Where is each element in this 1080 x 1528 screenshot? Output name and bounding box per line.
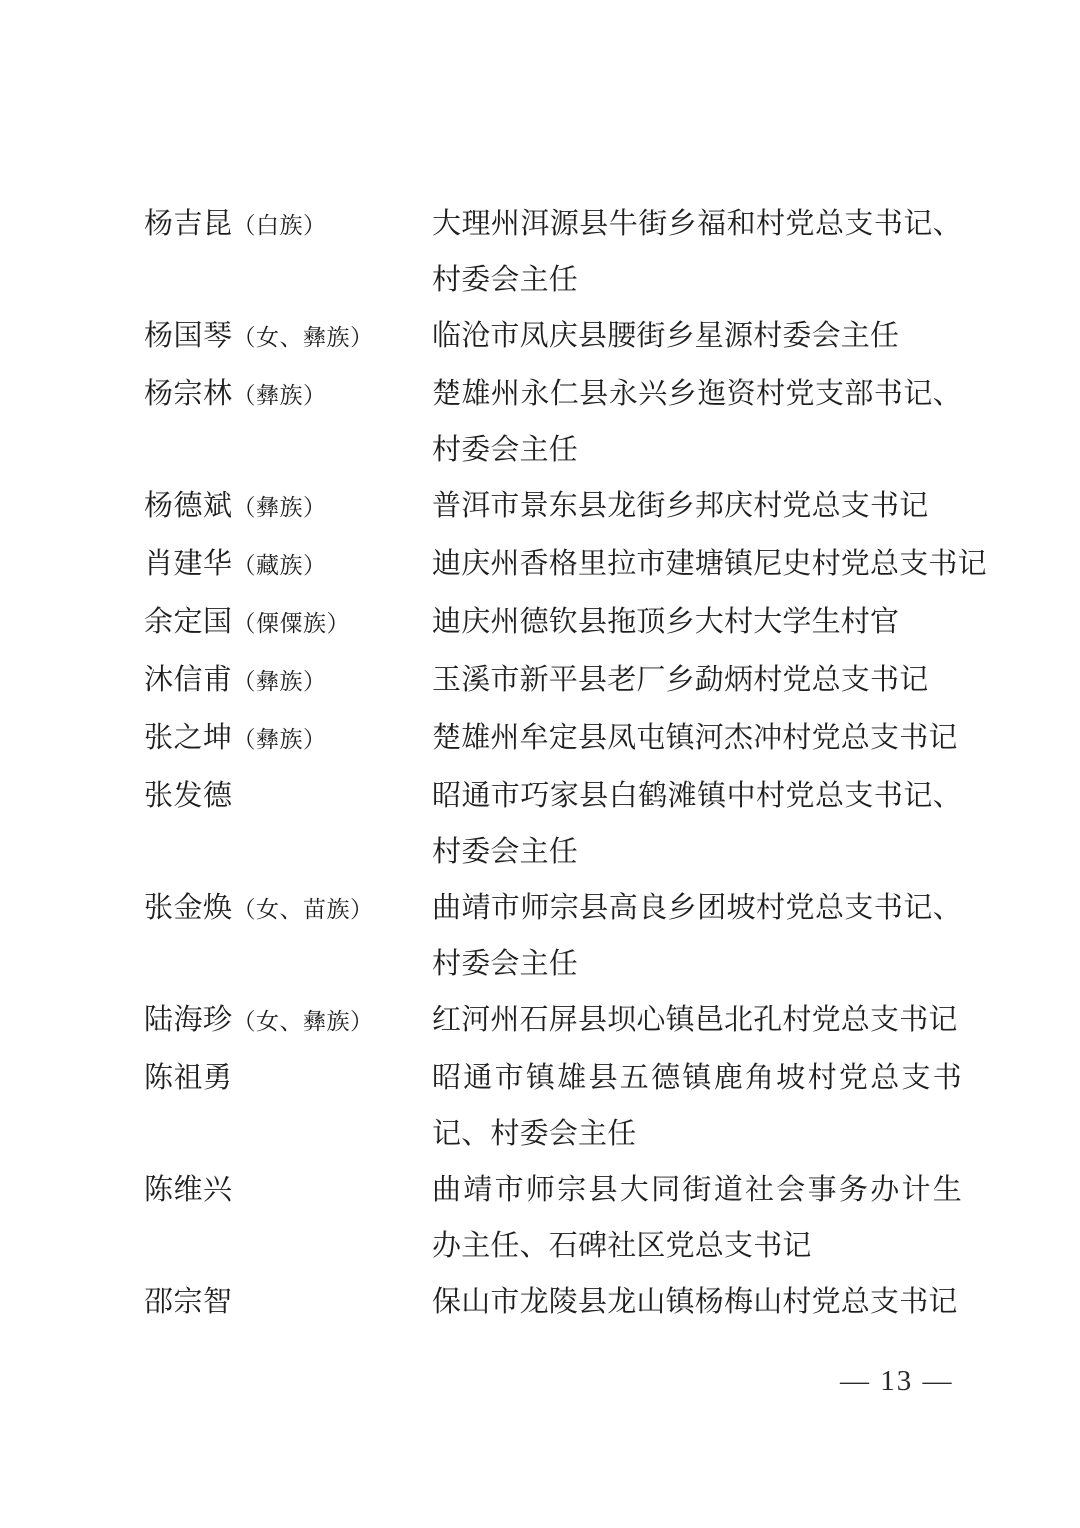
entry-ethnicity-annotation: （女、彝族） xyxy=(233,325,374,350)
position-line: 曲靖市师宗县大同街道社会事务办计生 xyxy=(432,1162,962,1218)
entry-row: 陈维兴 曲靖市师宗县大同街道社会事务办计生办主任、石碑社区党总支书记 xyxy=(144,1162,962,1274)
entry-position: 昭通市镇雄县五德镇鹿角坡村党总支书记、村委会主任 xyxy=(432,1050,962,1162)
entry-position: 曲靖市师宗县大同街道社会事务办计生办主任、石碑社区党总支书记 xyxy=(432,1162,962,1274)
position-line: 保山市龙陵县龙山镇杨梅山村党总支书记 xyxy=(432,1274,962,1330)
position-line: 办主任、石碑社区党总支书记 xyxy=(432,1218,962,1274)
document-page: 杨吉昆（白族） 大理州洱源县牛街乡福和村党总支书记、村委会主任 杨国琴（女、彝族… xyxy=(0,0,1080,1528)
entry-name: 陈祖勇 xyxy=(144,1062,233,1094)
entry-position: 临沧市凤庆县腰街乡星源村委会主任 xyxy=(432,308,962,364)
entry-position: 大理州洱源县牛街乡福和村党总支书记、村委会主任 xyxy=(432,196,962,308)
entry-name: 陆海珍 xyxy=(144,1004,233,1036)
entry-position: 曲靖市师宗县高良乡团坡村党总支书记、村委会主任 xyxy=(432,880,962,992)
position-line: 玉溪市新平县老厂乡勐炳村党总支书记 xyxy=(432,652,962,708)
entry-row: 陈祖勇 昭通市镇雄县五德镇鹿角坡村党总支书记、村委会主任 xyxy=(144,1050,962,1162)
entry-row: 张之坤（彝族） 楚雄州牟定县凤屯镇河杰冲村党总支书记 xyxy=(144,710,962,768)
position-line: 村委会主任 xyxy=(432,936,962,992)
entry-row: 张金焕（女、苗族） 曲靖市师宗县高良乡团坡村党总支书记、村委会主任 xyxy=(144,880,962,992)
entry-name-cell: 杨宗林（彝族） xyxy=(144,366,432,424)
entry-ethnicity-annotation: （白族） xyxy=(233,213,327,238)
entry-ethnicity-annotation: （藏族） xyxy=(233,553,327,578)
entry-row: 余定国（傈僳族） 迪庆州德钦县拖顶乡大村大学生村官 xyxy=(144,594,962,652)
entry-position: 保山市龙陵县龙山镇杨梅山村党总支书记 xyxy=(432,1274,962,1330)
entry-position: 昭通市巧家县白鹤滩镇中村党总支书记、村委会主任 xyxy=(432,768,962,880)
entry-name-cell: 邵宗智 xyxy=(144,1274,432,1332)
position-line: 村委会主任 xyxy=(432,824,962,880)
position-line: 迪庆州香格里拉市建塘镇尼史村党总支书记 xyxy=(432,536,962,592)
entry-row: 肖建华（藏族） 迪庆州香格里拉市建塘镇尼史村党总支书记 xyxy=(144,536,962,594)
entry-ethnicity-annotation: （彝族） xyxy=(233,669,327,694)
roster-list: 杨吉昆（白族） 大理州洱源县牛街乡福和村党总支书记、村委会主任 杨国琴（女、彝族… xyxy=(144,196,962,1332)
entry-name-cell: 余定国（傈僳族） xyxy=(144,594,432,652)
position-line: 大理州洱源县牛街乡福和村党总支书记、 xyxy=(432,196,962,252)
entry-name: 余定国 xyxy=(144,606,233,638)
position-line: 红河州石屏县坝心镇邑北孔村党总支书记 xyxy=(432,992,962,1048)
entry-row: 杨国琴（女、彝族） 临沧市凤庆县腰街乡星源村委会主任 xyxy=(144,308,962,366)
entry-ethnicity-annotation: （彝族） xyxy=(233,495,327,520)
entry-name: 肖建华 xyxy=(144,548,233,580)
entry-ethnicity-annotation: （彝族） xyxy=(233,383,327,408)
entry-position: 普洱市景东县龙街乡邦庆村党总支书记 xyxy=(432,478,962,534)
entry-position: 迪庆州香格里拉市建塘镇尼史村党总支书记 xyxy=(432,536,962,592)
entry-name-cell: 陈维兴 xyxy=(144,1162,432,1220)
page-number: — 13 — xyxy=(840,1363,954,1399)
entry-name-cell: 陆海珍（女、彝族） xyxy=(144,992,432,1050)
entry-row: 杨德斌（彝族） 普洱市景东县龙街乡邦庆村党总支书记 xyxy=(144,478,962,536)
position-line: 楚雄州永仁县永兴乡迤资村党支部书记、 xyxy=(432,366,962,422)
entry-position: 楚雄州永仁县永兴乡迤资村党支部书记、村委会主任 xyxy=(432,366,962,478)
entry-name: 邵宗智 xyxy=(144,1286,233,1318)
entry-name: 沐信甫 xyxy=(144,664,233,696)
entry-ethnicity-annotation: （女、彝族） xyxy=(233,1009,374,1034)
entry-name: 张发德 xyxy=(144,780,233,812)
entry-name-cell: 张金焕（女、苗族） xyxy=(144,880,432,938)
position-line: 昭通市巧家县白鹤滩镇中村党总支书记、 xyxy=(432,768,962,824)
position-line: 记、村委会主任 xyxy=(432,1106,962,1162)
position-line: 楚雄州牟定县凤屯镇河杰冲村党总支书记 xyxy=(432,710,962,766)
entry-name: 杨国琴 xyxy=(144,320,233,352)
entry-row: 邵宗智 保山市龙陵县龙山镇杨梅山村党总支书记 xyxy=(144,1274,962,1332)
entry-row: 陆海珍（女、彝族） 红河州石屏县坝心镇邑北孔村党总支书记 xyxy=(144,992,962,1050)
position-line: 普洱市景东县龙街乡邦庆村党总支书记 xyxy=(432,478,962,534)
entry-name-cell: 杨国琴（女、彝族） xyxy=(144,308,432,366)
entry-position: 红河州石屏县坝心镇邑北孔村党总支书记 xyxy=(432,992,962,1048)
entry-name-cell: 沐信甫（彝族） xyxy=(144,652,432,710)
entry-name: 杨德斌 xyxy=(144,490,233,522)
entry-ethnicity-annotation: （彝族） xyxy=(233,727,327,752)
position-line: 迪庆州德钦县拖顶乡大村大学生村官 xyxy=(432,594,962,650)
entry-name: 张之坤 xyxy=(144,722,233,754)
entry-name-cell: 陈祖勇 xyxy=(144,1050,432,1108)
entry-name-cell: 杨吉昆（白族） xyxy=(144,196,432,254)
entry-name: 陈维兴 xyxy=(144,1174,233,1206)
entry-row: 杨吉昆（白族） 大理州洱源县牛街乡福和村党总支书记、村委会主任 xyxy=(144,196,962,308)
position-line: 临沧市凤庆县腰街乡星源村委会主任 xyxy=(432,308,962,364)
entry-row: 沐信甫（彝族） 玉溪市新平县老厂乡勐炳村党总支书记 xyxy=(144,652,962,710)
position-line: 村委会主任 xyxy=(432,422,962,478)
entry-row: 杨宗林（彝族） 楚雄州永仁县永兴乡迤资村党支部书记、村委会主任 xyxy=(144,366,962,478)
entry-ethnicity-annotation: （傈僳族） xyxy=(233,611,351,636)
entry-name-cell: 杨德斌（彝族） xyxy=(144,478,432,536)
entry-ethnicity-annotation: （女、苗族） xyxy=(233,897,374,922)
entry-row: 张发德 昭通市巧家县白鹤滩镇中村党总支书记、村委会主任 xyxy=(144,768,962,880)
entry-name-cell: 肖建华（藏族） xyxy=(144,536,432,594)
entry-position: 玉溪市新平县老厂乡勐炳村党总支书记 xyxy=(432,652,962,708)
position-line: 村委会主任 xyxy=(432,252,962,308)
position-line: 曲靖市师宗县高良乡团坡村党总支书记、 xyxy=(432,880,962,936)
entry-position: 迪庆州德钦县拖顶乡大村大学生村官 xyxy=(432,594,962,650)
position-line: 昭通市镇雄县五德镇鹿角坡村党总支书 xyxy=(432,1050,962,1106)
entry-position: 楚雄州牟定县凤屯镇河杰冲村党总支书记 xyxy=(432,710,962,766)
entry-name: 张金焕 xyxy=(144,892,233,924)
entry-name: 杨宗林 xyxy=(144,378,233,410)
entry-name: 杨吉昆 xyxy=(144,208,233,240)
entry-name-cell: 张之坤（彝族） xyxy=(144,710,432,768)
entry-name-cell: 张发德 xyxy=(144,768,432,826)
